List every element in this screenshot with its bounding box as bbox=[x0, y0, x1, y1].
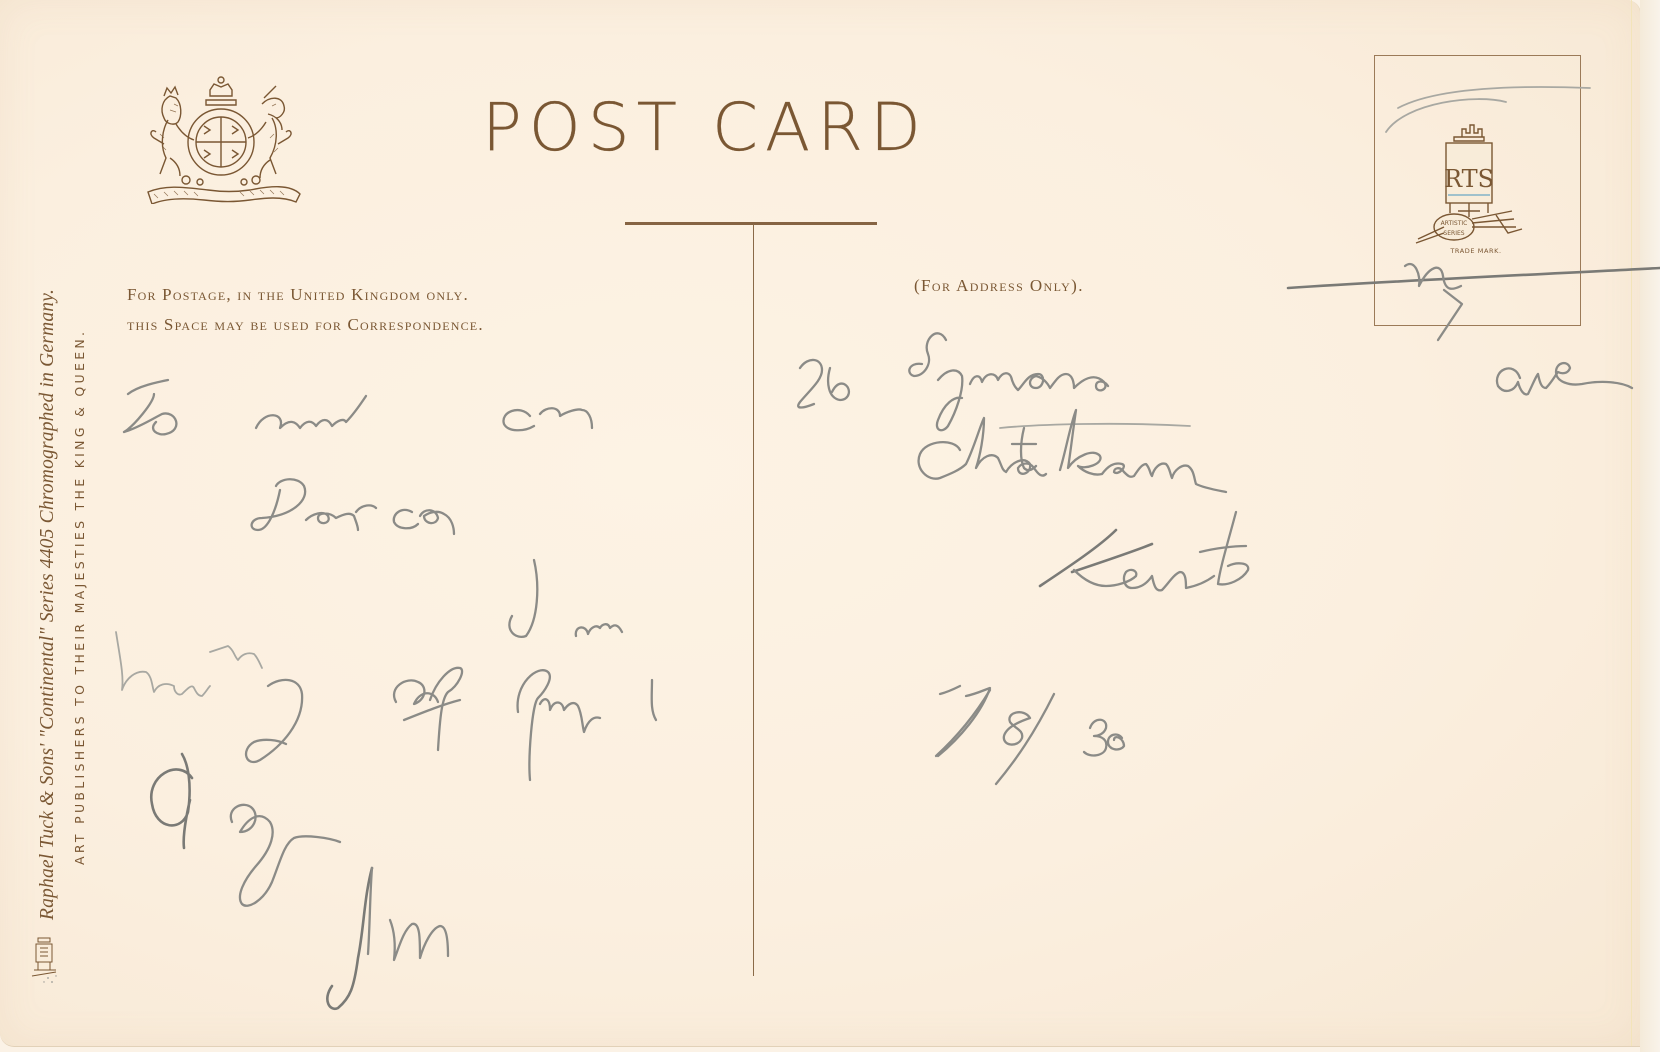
card-edge-line bbox=[1631, 0, 1632, 1046]
center-divider-line bbox=[753, 224, 754, 976]
small-easel-mark-icon bbox=[28, 936, 62, 986]
correspondence-header-line-2: this Space may be used for Correspondenc… bbox=[127, 310, 727, 340]
svg-text:RTS: RTS bbox=[1444, 165, 1494, 193]
address-header: (For Address Only). bbox=[914, 276, 1084, 296]
trade-mark-text: TRADE MARK. bbox=[1449, 247, 1501, 255]
postcard-title: POST CARD bbox=[482, 95, 1002, 161]
royal-coat-of-arms-icon bbox=[140, 74, 302, 204]
publisher-imprint-italic: Raphael Tuck & Sons' "Continental" Serie… bbox=[37, 289, 59, 920]
publisher-imprint-caps: ART PUBLISHERS TO THEIR MAJESTIES THE KI… bbox=[72, 329, 87, 865]
title-underline bbox=[625, 222, 877, 225]
badge-top-text: ARTISTIC bbox=[1441, 220, 1468, 227]
card-right-edge bbox=[1640, 0, 1660, 1052]
artistic-series-easel-logo-icon: RTS ARTISTIC SERIES TRADE MARK. bbox=[1412, 115, 1542, 265]
badge-bottom-text: SERIES bbox=[1443, 230, 1464, 237]
correspondence-header: For Postage, in the United Kingdom only.… bbox=[127, 280, 727, 340]
correspondence-header-line-1: For Postage, in the United Kingdom only. bbox=[127, 280, 727, 310]
